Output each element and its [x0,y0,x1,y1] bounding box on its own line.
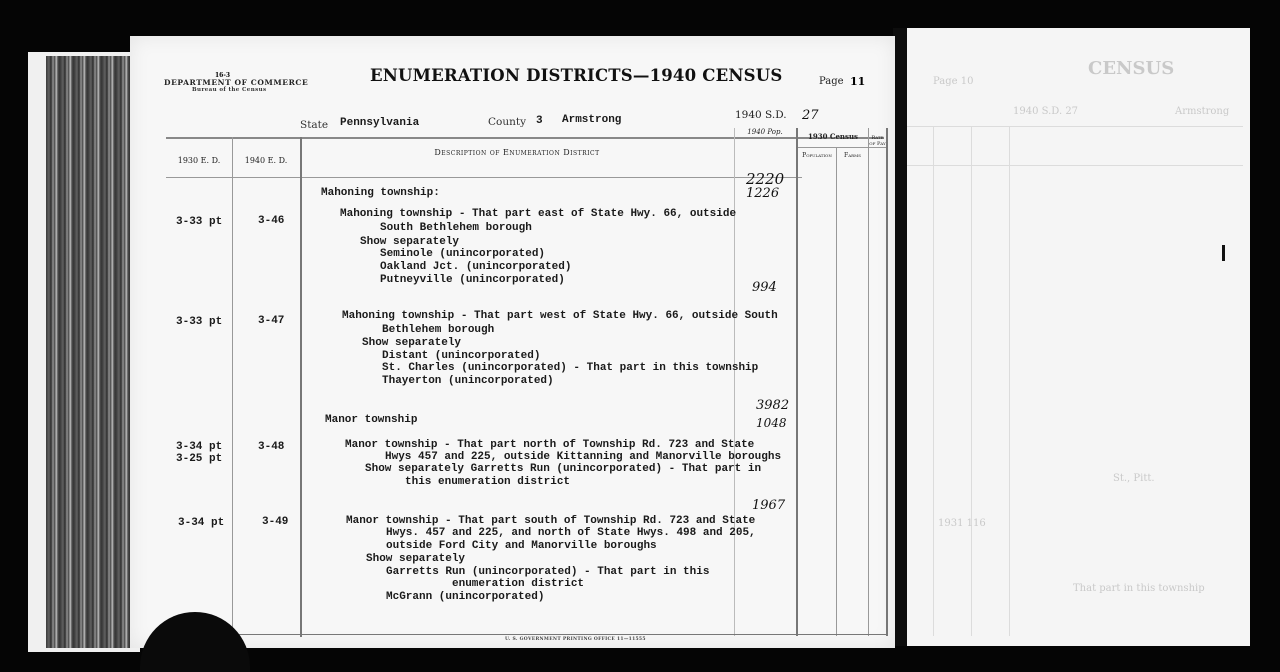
section-heading: Mahoning township: [321,187,440,199]
description-line: Manor township - That part north of Town… [345,439,754,451]
ed-1940: 3-47 [258,315,284,327]
ed-1930: 3-33 pt [176,216,222,228]
ed-1940: 3-49 [262,516,288,528]
description-line: Oakland Jct. (unincorporated) [380,261,571,273]
description-line: Hwys 457 and 225, outside Kittanning and… [385,451,781,463]
printer-imprint: U. S. GOVERNMENT PRINTING OFFICE 11—1155… [505,637,646,642]
header-description: Description of Enumeration District [302,148,732,157]
state-value: Pennsylvania [340,117,419,129]
header-farms: Farms [837,152,868,159]
department-name: DEPARTMENT OF COMMERCE [164,78,308,87]
header-1930-ed: 1930 E. D. [168,156,230,165]
description-line: Thayerton (unincorporated) [382,375,554,387]
header-1930-census: 1930 Census [798,132,868,141]
section-heading: Manor township [325,414,417,426]
facing-page-note: That part in this township [1073,583,1205,594]
pop-1940: 1226 [746,186,779,201]
facing-page-title: CENSUS [1088,58,1174,79]
facing-page-note: St., Pitt. [1113,473,1155,484]
description-line: Show separately Garretts Run (unincorpor… [365,463,761,475]
county-label: County [488,116,526,128]
ed-1930: 3-34 pt [178,517,224,529]
page-title: ENUMERATION DISTRICTS—1940 CENSUS [370,66,782,85]
ed-1930: 3-33 pt [176,316,222,328]
census-page: 16-3 DEPARTMENT OF COMMERCE Bureau of th… [130,36,895,648]
header-population: Population [798,152,836,159]
description-line: Distant (unincorporated) [382,350,540,362]
header-rate-of-pay: Rate of Pay [869,135,886,147]
county-number: 3 [536,115,543,127]
ed-1930: 3-25 pt [176,453,222,465]
description-line: this enumeration district [405,476,570,488]
description-line: Garretts Run (unincorporated) - That par… [386,566,709,578]
description-line: outside Ford City and Manorville borough… [386,540,657,552]
sd-number: 27 [802,108,819,123]
state-label: State [300,119,328,131]
description-line: McGrann (unincorporated) [386,591,544,603]
description-line: St. Charles (unincorporated) - That part… [382,362,758,374]
pop-1940: 1967 [752,498,785,513]
description-line: Mahoning township - That part west of St… [342,310,778,322]
description-line: Bethlehem borough [382,324,494,336]
ink-mark [1222,245,1225,261]
page-label: Page [819,76,844,87]
header-1940-ed: 1940 E. D. [234,156,298,165]
facing-page: CENSUS Page 10 1940 S.D. 27 Armstrong 19… [893,28,1250,646]
facing-page-note: 1931 116 [938,518,986,529]
pop-1940: 994 [752,280,777,295]
header-1940-pop: 1940 Pop. [736,128,794,136]
description-line: enumeration district [452,578,584,590]
bureau-name: Bureau of the Census [192,87,267,93]
description-line: Seminole (unincorporated) [380,248,545,260]
description-line: Putneyville (unincorporated) [380,274,565,286]
description-line: Manor township - That part south of Town… [346,515,755,527]
pop-1940: 1048 [756,416,787,430]
book-gutter [893,28,907,646]
description-line: Show separately [362,337,461,349]
facing-page-sd: 1940 S.D. 27 [1013,106,1078,117]
description-line: Hwys. 457 and 225, and north of State Hw… [386,527,756,539]
sd-label: 1940 S.D. [735,109,787,121]
microfilm-scan: CENSUS Page 10 1940 S.D. 27 Armstrong 19… [0,0,1280,672]
book-page-stack [28,52,140,652]
description-line: Show separately [366,553,465,565]
description-line: South Bethlehem borough [380,222,532,234]
county-value: Armstrong [562,114,621,126]
ed-1940: 3-46 [258,215,284,227]
description-line: Show separately [360,236,459,248]
ed-1930: 3-34 pt [176,441,222,453]
page-number: 11 [850,75,865,88]
facing-page-county: Armstrong [1175,106,1229,117]
facing-page-number: Page 10 [933,76,973,87]
pop-1940: 3982 [756,398,789,413]
page-edges [46,56,138,648]
ed-1940: 3-48 [258,441,284,453]
description-line: Mahoning township - That part east of St… [340,208,736,220]
